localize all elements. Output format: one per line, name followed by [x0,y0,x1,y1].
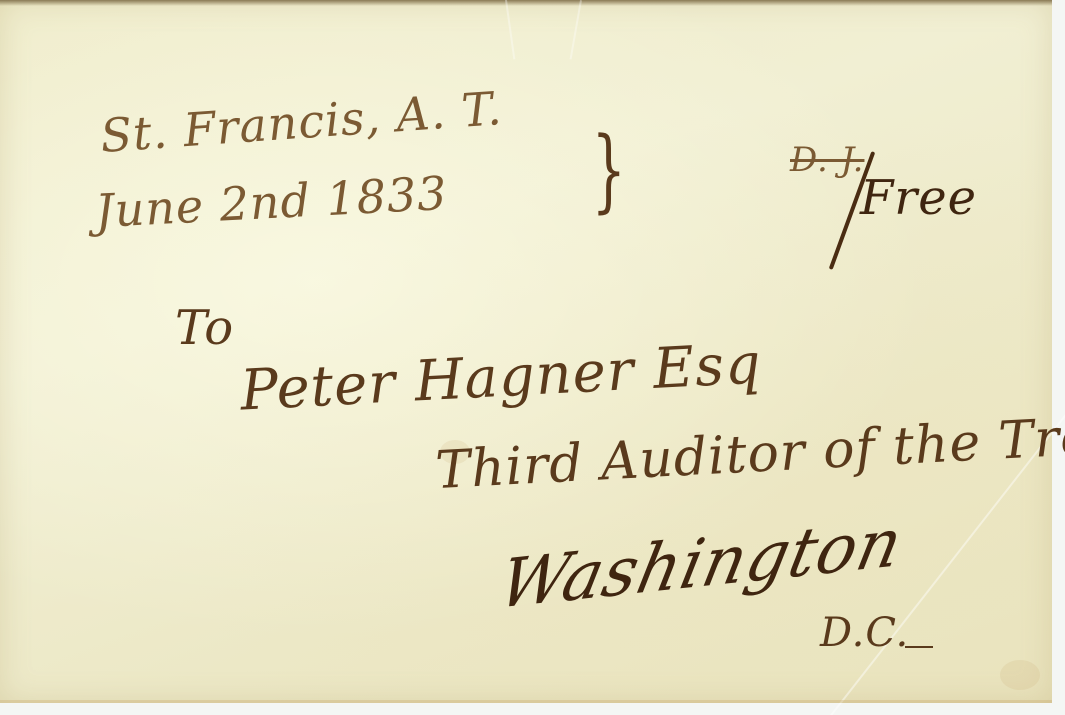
addressee-name: Peter Hagner Esq [239,331,764,423]
address-city: Washington [493,503,910,624]
postal-marking: D. J. [790,140,864,180]
salutation: To [175,300,234,356]
bottom-edge-stain [0,700,1052,703]
closing-dash [905,646,933,648]
fold-crease [570,0,582,59]
envelope: St. Francis, A. T. June 2nd 1833 } D. J.… [0,0,1052,703]
frank-free: Free [860,170,977,226]
addressee-title: Third Auditor of the Treasury [434,399,1065,501]
envelope-top-edge [0,0,1052,6]
origin-place: St. Francis, A. T. [99,81,504,163]
address-district: D.C. [820,610,909,656]
paper-stain [1000,660,1040,690]
origin-date: June 2nd 1833 [94,166,449,238]
origin-brace: } [592,118,627,223]
fold-crease [505,0,515,59]
